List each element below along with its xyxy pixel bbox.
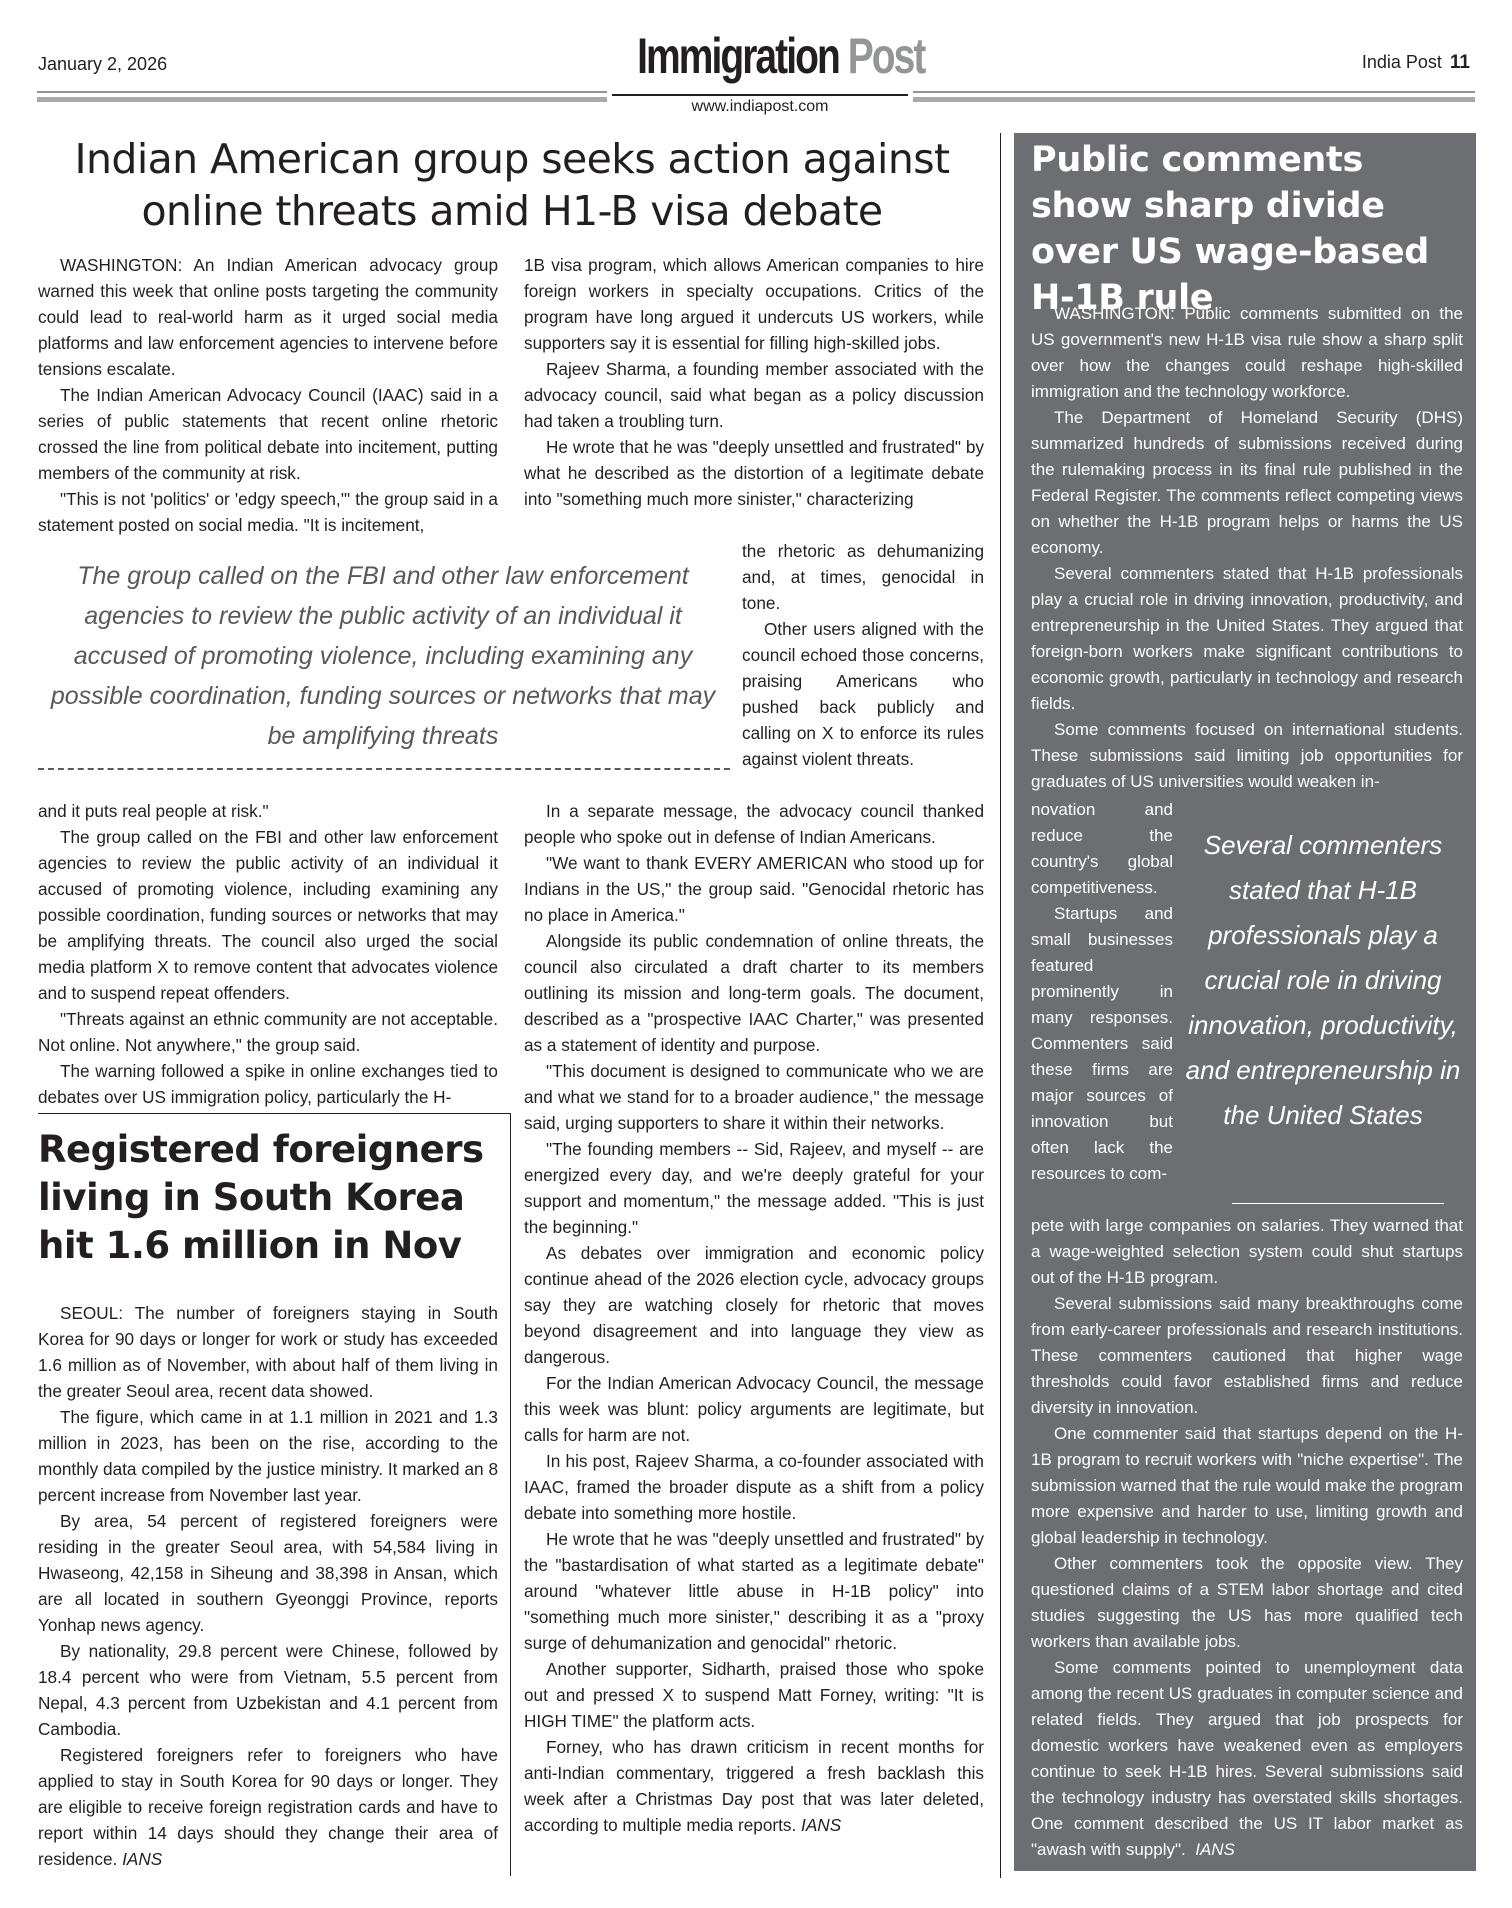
paragraph: Another supporter, Sidharth, praised tho… [524,1656,984,1734]
paragraph: One commenter said that startups depend … [1031,1421,1463,1551]
paragraph: As debates over immigration and economic… [524,1240,984,1370]
sidebar-article-box: Public comments show sharp divide over U… [1014,133,1476,1871]
section-logo: Immigration Post [637,28,879,84]
paragraph: SEOUL: The number of foreigners staying … [38,1300,498,1404]
paragraph: WASHINGTON: An Indian American advocacy … [38,252,498,382]
korea-article-border-right [510,1113,511,1876]
paragraph: In a separate message, the advocacy coun… [524,798,984,850]
paragraph: In his post, Rajeev Sharma, a co-founder… [524,1448,984,1526]
paragraph: "The founding members -- Sid, Rajeev, an… [524,1136,984,1240]
paragraph: Some comments focused on international s… [1031,717,1463,795]
publication-name: India Post [1362,52,1442,72]
paragraph-with-credit: Forney, who has drawn criticism in recen… [524,1734,984,1838]
korea-article-border-top [38,1113,511,1114]
main-article-column-mid-narrow: the rhetoric as dehumanizing and, at tim… [742,538,984,772]
paragraph: He wrote that he was "deeply unsettled a… [524,1526,984,1656]
header-rule-center [612,94,908,96]
paragraph-with-credit: Some comments pointed to unemployment da… [1031,1655,1463,1863]
issue-date: January 2, 2026 [38,54,167,75]
paragraph: Some comments pointed to unemployment da… [1031,1658,1463,1859]
paragraph: The Indian American Advocacy Council (IA… [38,382,498,486]
paragraph: Alongside its public condemnation of onl… [524,928,984,1058]
masthead: January 2, 2026 Immigration Post India P… [0,0,1512,118]
sidebar-article-body-top: WASHINGTON: Public comments submitted on… [1031,301,1463,795]
sidebar-article-body-narrow: novation and reduce the country's global… [1031,797,1173,1187]
website-url[interactable]: www.indiapost.com [612,98,908,116]
news-agency-credit: IANS [122,1849,162,1869]
paragraph: Several submissions said many breakthrou… [1031,1291,1463,1421]
korea-article-headline: Registered foreigners living in South Ko… [38,1126,508,1270]
publication-page: India Post11 [1362,52,1470,74]
logo-word-post: Post [848,28,925,84]
paragraph: "Threats against an ethnic community are… [38,1006,498,1058]
paragraph: Other commenters took the opposite view.… [1031,1551,1463,1655]
news-agency-credit: IANS [1195,1840,1235,1859]
paragraph: "This is not 'politics' or 'edgy speech,… [38,486,498,538]
sidebar-pullquote: Several commenters stated that H-1B prof… [1184,823,1462,1138]
main-article-column-mid-lower: In a separate message, the advocacy coun… [524,798,984,1838]
paragraph: Other users aligned with the council ech… [742,616,984,772]
main-article-column-mid-top: 1B visa program, which allows American c… [524,252,984,512]
paragraph-with-credit: Registered foreigners refer to foreigner… [38,1742,498,1872]
sidebar-article-headline: Public comments show sharp divide over U… [1031,137,1471,321]
main-article-column-left-top: WASHINGTON: An Indian American advocacy … [38,252,498,538]
paragraph: The warning followed a spike in online e… [38,1058,498,1110]
logo-word-immigration: Immigration [637,28,839,84]
paragraph: Rajeev Sharma, a founding member associa… [524,356,984,434]
paragraph: Forney, who has drawn criticism in recen… [524,1737,984,1835]
paragraph: By nationality, 29.8 percent were Chines… [38,1638,498,1742]
paragraph: Several commenters stated that H-1B prof… [1031,561,1463,717]
paragraph: By area, 54 percent of registered foreig… [38,1508,498,1638]
paragraph: pete with large companies on salaries. T… [1031,1213,1463,1291]
paragraph: Registered foreigners refer to foreigner… [38,1745,498,1869]
main-article-headline: Indian American group seeks action again… [36,133,988,237]
paragraph: "This document is designed to communicat… [524,1058,984,1136]
column-divider [1000,133,1001,1878]
header-rule-right-thick [913,97,1475,102]
main-article-column-left-mid: and it puts real people at risk." The gr… [38,798,498,1110]
paragraph: the rhetoric as dehumanizing and, at tim… [742,538,984,616]
page-number: 11 [1450,52,1470,73]
paragraph: The figure, which came in at 1.1 million… [38,1404,498,1508]
header-rule-right-thin [913,91,1475,93]
paragraph: 1B visa program, which allows American c… [524,252,984,356]
main-article-pullquote: The group called on the FBI and other la… [38,556,728,756]
paragraph: For the Indian American Advocacy Council… [524,1370,984,1448]
news-agency-credit: IANS [801,1815,841,1835]
paragraph: and it puts real people at risk." [38,798,498,824]
paragraph: "We want to thank EVERY AMERICAN who sto… [524,850,984,928]
header-rule-left-thin [37,91,607,93]
korea-article-body: SEOUL: The number of foreigners staying … [38,1300,498,1872]
header-rule-left-thick [37,97,607,102]
paragraph: The group called on the FBI and other la… [38,824,498,1006]
sidebar-pullquote-rule [1232,1203,1444,1204]
paragraph: He wrote that he was "deeply unsettled a… [524,434,984,512]
pullquote-dashed-divider [38,768,730,770]
paragraph: Startups and small businesses featured p… [1031,901,1173,1187]
sidebar-article-body-bottom: pete with large companies on salaries. T… [1031,1213,1463,1863]
paragraph: The Department of Homeland Security (DHS… [1031,405,1463,561]
paragraph: novation and reduce the country's global… [1031,797,1173,901]
paragraph: WASHINGTON: Public comments submitted on… [1031,301,1463,405]
